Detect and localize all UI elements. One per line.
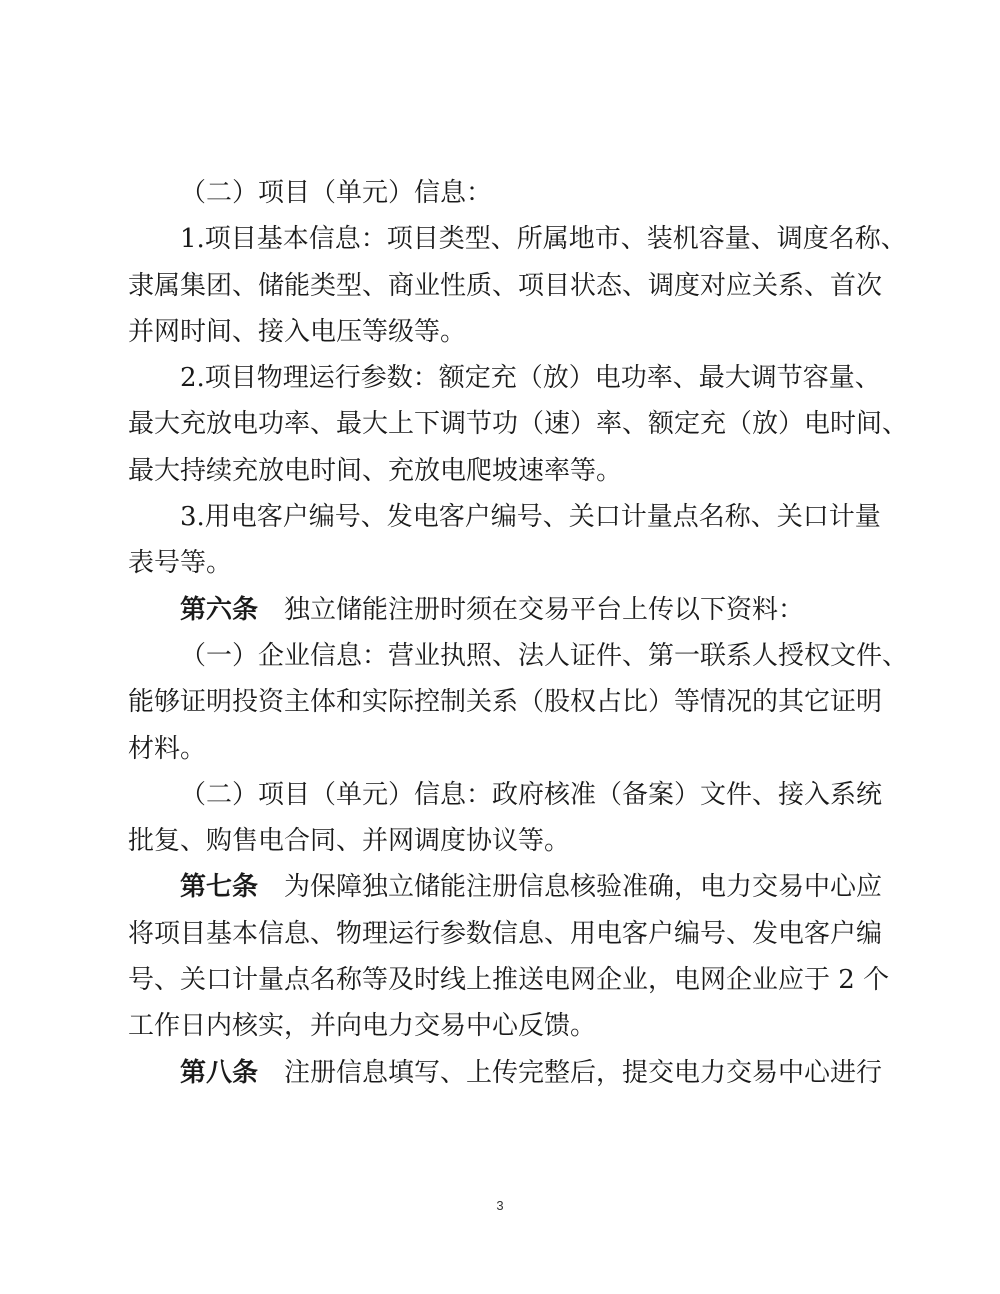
article-number: 第七条 (180, 872, 258, 902)
paragraph-project-documents: （二）项目（单元）信息：政府核准（备案）文件、接入系统 批复、购售电合同、并网调… (128, 772, 874, 865)
text-line: （一）企业信息：营业执照、法人证件、第一联系人授权文件、 (128, 633, 874, 679)
article-6: 第六条独立储能注册时须在交易平台上传以下资料： (128, 587, 874, 633)
text-line: 并网时间、接入电压等级等。 (128, 309, 874, 355)
article-number: 第八条 (180, 1058, 258, 1088)
text-line: 2.项目物理运行参数：额定充（放）电功率、最大调节容量、 (128, 355, 874, 401)
article-text: 注册信息填写、上传完整后，提交电力交易中心进行 (284, 1058, 882, 1088)
text-line: 批复、购售电合同、并网调度协议等。 (128, 818, 874, 864)
text-line: 最大持续充放电时间、充放电爬坡速率等。 (128, 448, 874, 494)
paragraph-enterprise-info: （一）企业信息：营业执照、法人证件、第一联系人授权文件、 能够证明投资主体和实际… (128, 633, 874, 772)
article-7: 第七条为保障独立储能注册信息核验准确，电力交易中心应 将项目基本信息、物理运行参… (128, 864, 874, 1049)
paragraph-basic-info: 1.项目基本信息：项目类型、所属地市、装机容量、调度名称、 隶属集团、储能类型、… (128, 216, 874, 355)
document-page: （二）项目（单元）信息： 1.项目基本信息：项目类型、所属地市、装机容量、调度名… (0, 0, 1000, 1294)
section-heading-project-info: （二）项目（单元）信息： (128, 170, 874, 216)
article-text: 独立储能注册时须在交易平台上传以下资料： (284, 595, 804, 625)
text-line: 1.项目基本信息：项目类型、所属地市、装机容量、调度名称、 (128, 216, 874, 262)
page-number: 3 (0, 1198, 1000, 1213)
text-line: 3.用电客户编号、发电客户编号、关口计量点名称、关口计量 (128, 494, 874, 540)
text-line: 表号等。 (128, 540, 874, 586)
text-line: 能够证明投资主体和实际控制关系（股权占比）等情况的其它证明 (128, 679, 874, 725)
document-body: （二）项目（单元）信息： 1.项目基本信息：项目类型、所属地市、装机容量、调度名… (128, 170, 874, 1096)
text-line: 将项目基本信息、物理运行参数信息、用电客户编号、发电客户编 (128, 911, 874, 957)
text-line: （二）项目（单元）信息：政府核准（备案）文件、接入系统 (128, 772, 874, 818)
text-line: 材料。 (128, 726, 874, 772)
article-number: 第六条 (180, 595, 258, 625)
text-line: 号、关口计量点名称等及时线上推送电网企业，电网企业应于 2 个 (128, 957, 874, 1003)
paragraph-physical-params: 2.项目物理运行参数：额定充（放）电功率、最大调节容量、 最大充放电功率、最大上… (128, 355, 874, 494)
text-line: 第七条为保障独立储能注册信息核验准确，电力交易中心应 (128, 864, 874, 910)
text-line: 第六条独立储能注册时须在交易平台上传以下资料： (128, 587, 874, 633)
text-line: 最大充放电功率、最大上下调节功（速）率、额定充（放）电时间、 (128, 401, 874, 447)
text-line: 工作日内核实，并向电力交易中心反馈。 (128, 1003, 874, 1049)
article-8: 第八条注册信息填写、上传完整后，提交电力交易中心进行 (128, 1050, 874, 1096)
text-line: 第八条注册信息填写、上传完整后，提交电力交易中心进行 (128, 1050, 874, 1096)
article-text: 为保障独立储能注册信息核验准确，电力交易中心应 (284, 872, 882, 902)
text-line: 隶属集团、储能类型、商业性质、项目状态、调度对应关系、首次 (128, 263, 874, 309)
paragraph-customer-numbers: 3.用电客户编号、发电客户编号、关口计量点名称、关口计量 表号等。 (128, 494, 874, 587)
